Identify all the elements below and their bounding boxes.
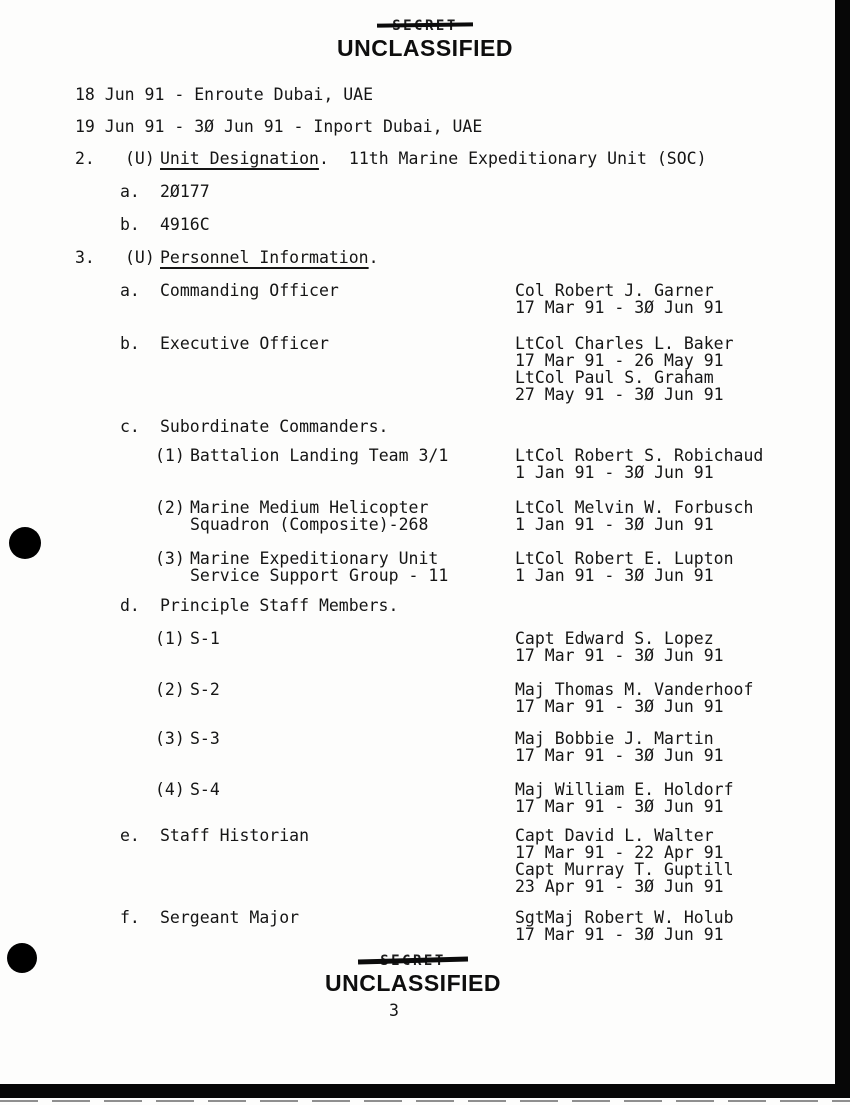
entry-e-assignment: Capt David L. Walter 17 Mar 91 - 22 Apr … — [515, 827, 734, 895]
staff-3-assignment: Maj Bobbie J. Martin 17 Mar 91 - 3Ø Jun … — [515, 730, 724, 764]
sub-item-number: (1) — [155, 630, 190, 647]
subordinate-1-assignment: LtCol Robert S. Robichaud 1 Jan 91 - 3Ø … — [515, 447, 763, 481]
section-3-title-period: . — [369, 248, 379, 267]
staff-2-assignment: Maj Thomas M. Vanderhoof 17 Mar 91 - 3Ø … — [515, 681, 753, 715]
sub-item-unit: Marine Expeditionary Unit Service Suppor… — [190, 550, 448, 584]
section-2-number: 2. — [75, 150, 125, 167]
hole-punch-top — [9, 527, 41, 559]
sub-item-unit: Battalion Landing Team 3/1 — [190, 447, 448, 464]
page-number: 3 — [389, 1002, 399, 1019]
section-3-number: 3. — [75, 249, 125, 266]
subordinate-2-assignment: LtCol Melvin W. Forbusch 1 Jan 91 - 3Ø J… — [515, 499, 753, 533]
entry-role: Sergeant Major — [160, 908, 299, 927]
document-page: SECRET UNCLASSIFIED 18 Jun 91 - Enroute … — [0, 0, 850, 1105]
entry-a-label: a.Commanding Officer — [120, 282, 339, 299]
struck-secret-bottom: SECRET — [380, 953, 446, 969]
staff-1-label: (1)S-1 — [155, 630, 220, 647]
subordinate-3-label: (3)Marine Expeditionary Unit Service Sup… — [155, 550, 448, 584]
entry-f-label: f.Sergeant Major — [120, 909, 299, 926]
hole-punch-bottom — [7, 943, 37, 973]
entry-letter: b. — [120, 335, 160, 352]
entry-letter: e. — [120, 827, 160, 844]
subordinate-3-assignment: LtCol Robert E. Lupton 1 Jan 91 - 3Ø Jun… — [515, 550, 734, 584]
entry-role: Staff Historian — [160, 826, 309, 845]
entry-role: Subordinate Commanders. — [160, 417, 388, 436]
section-2-text: 11th Marine Expeditionary Unit (SOC) — [349, 149, 707, 168]
item-value: 4916C — [160, 215, 210, 234]
entry-letter: c. — [120, 418, 160, 435]
scan-artifact-line — [0, 1100, 850, 1102]
staff-4-label: (4)S-4 — [155, 781, 220, 798]
section-3-title: Personnel Information — [160, 248, 369, 267]
entry-f-assignment: SgtMaj Robert W. Holub 17 Mar 91 - 3Ø Ju… — [515, 909, 734, 943]
section-2-heading: 2.(U)Unit Designation.11th Marine Expedi… — [75, 150, 707, 167]
entry-role: Executive Officer — [160, 334, 329, 353]
staff-3-label: (3)S-3 — [155, 730, 220, 747]
staff-role: S-1 — [190, 629, 220, 648]
footer-classification: SECRET UNCLASSIFIED — [0, 950, 838, 997]
section-2-marking: (U) — [125, 150, 160, 167]
header-unclassified-label: UNCLASSIFIED — [0, 35, 850, 62]
section-3-marking: (U) — [125, 249, 160, 266]
strikethrough-line — [377, 22, 473, 27]
subordinate-1-label: (1)Battalion Landing Team 3/1 — [155, 447, 448, 464]
section-3-heading: 3.(U)Personnel Information. — [75, 249, 379, 266]
scan-edge-bottom — [0, 1084, 850, 1098]
staff-4-assignment: Maj William E. Holdorf 17 Mar 91 - 3Ø Ju… — [515, 781, 734, 815]
sub-item-number: (3) — [155, 550, 190, 567]
section-2-item-b: b.4916C — [120, 216, 210, 233]
entry-b-assignment: LtCol Charles L. Baker 17 Mar 91 - 26 Ma… — [515, 335, 734, 403]
scan-edge-right — [835, 0, 850, 1098]
header-classification: SECRET UNCLASSIFIED — [0, 15, 850, 62]
entry-b-label: b.Executive Officer — [120, 335, 329, 352]
staff-role: S-3 — [190, 729, 220, 748]
staff-1-assignment: Capt Edward S. Lopez 17 Mar 91 - 3Ø Jun … — [515, 630, 724, 664]
section-2-title: Unit Designation — [160, 149, 319, 168]
entry-letter: d. — [120, 597, 160, 614]
entry-a-assignment: Col Robert J. Garner 17 Mar 91 - 3Ø Jun … — [515, 282, 724, 316]
sub-item-number: (2) — [155, 499, 190, 516]
entry-role: Commanding Officer — [160, 281, 339, 300]
date-line-1: 18 Jun 91 - Enroute Dubai, UAE — [75, 86, 373, 103]
staff-role: S-2 — [190, 680, 220, 699]
item-letter: a. — [120, 183, 160, 200]
entry-role: Principle Staff Members. — [160, 596, 398, 615]
entry-letter: a. — [120, 282, 160, 299]
entry-c-label: c.Subordinate Commanders. — [120, 418, 388, 435]
sub-item-unit: Marine Medium Helicopter Squadron (Compo… — [190, 499, 428, 533]
staff-2-label: (2)S-2 — [155, 681, 220, 698]
sub-item-number: (3) — [155, 730, 190, 747]
sub-item-number: (2) — [155, 681, 190, 698]
item-value: 2Ø177 — [160, 182, 210, 201]
struck-secret-top: SECRET — [392, 18, 458, 34]
footer-unclassified-label: UNCLASSIFIED — [0, 970, 838, 997]
subordinate-2-label: (2)Marine Medium Helicopter Squadron (Co… — [155, 499, 428, 533]
date-line-2: 19 Jun 91 - 3Ø Jun 91 - Inport Dubai, UA… — [75, 118, 482, 135]
item-letter: b. — [120, 216, 160, 233]
section-2-item-a: a.2Ø177 — [120, 183, 210, 200]
entry-d-label: d.Principle Staff Members. — [120, 597, 398, 614]
sub-item-number: (4) — [155, 781, 190, 798]
entry-letter: f. — [120, 909, 160, 926]
sub-item-number: (1) — [155, 447, 190, 464]
entry-e-label: e.Staff Historian — [120, 827, 309, 844]
staff-role: S-4 — [190, 780, 220, 799]
section-2-title-period: . — [319, 149, 329, 168]
